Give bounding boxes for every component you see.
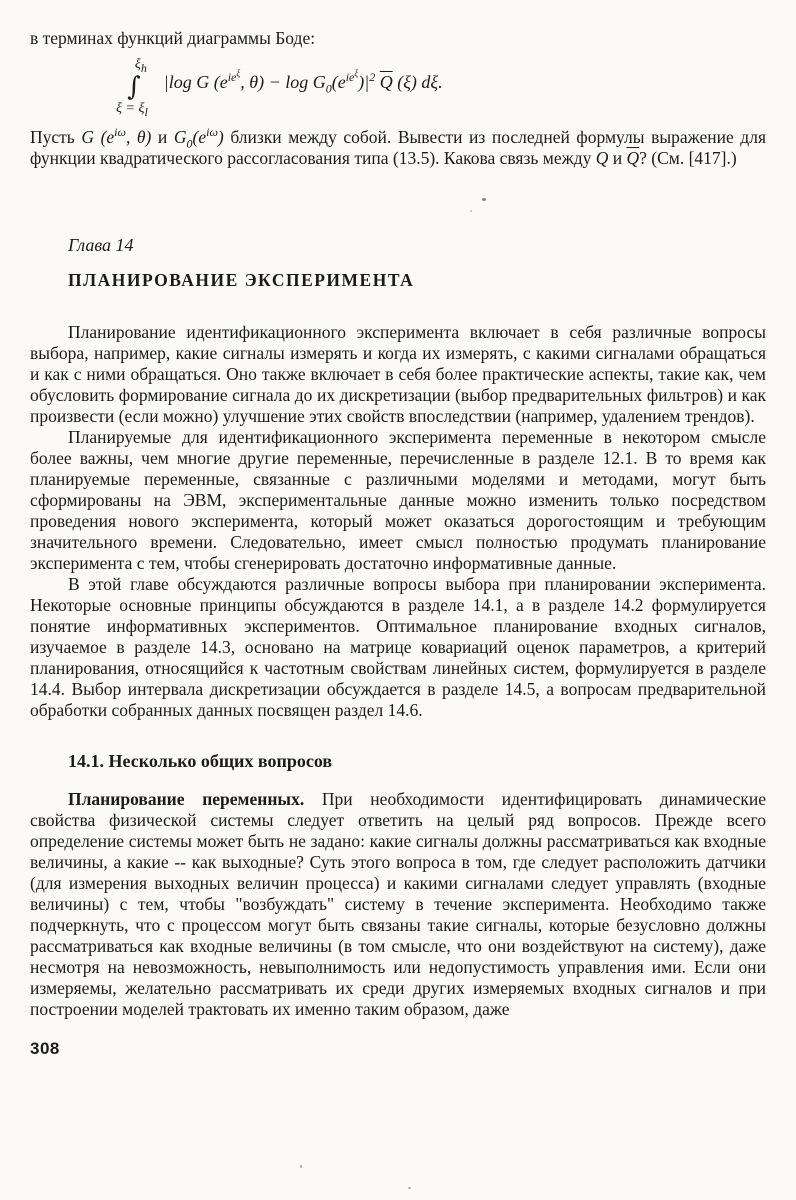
chapter-paragraph-1: Планирование идентификационного эксперим… <box>30 322 766 427</box>
exercise-paragraph: Пусть G (eiω, θ) и G0(eiω) близки между … <box>30 127 766 169</box>
integral-lower-limit: ξ = ξl <box>116 101 148 117</box>
chapter-label: Глава 14 <box>30 235 766 256</box>
q-bar-symbol: Q <box>626 148 639 168</box>
page-number: 308 <box>30 1038 766 1059</box>
section-title: 14.1. Несколько общих вопросов <box>30 751 766 772</box>
scan-speck <box>408 1187 411 1189</box>
scan-speck <box>470 210 472 212</box>
integral-upper-limit: ξh <box>135 57 147 73</box>
chapter-paragraph-2: Планируемые для идентификационного экспе… <box>30 427 766 574</box>
bode-integral-formula: ξh ∫ ξ = ξl |log G (eieξ, θ) − log G0(ei… <box>120 57 766 117</box>
formula-body: |log G (eieξ, θ) − log G0(eieξ)|2 Q (ξ) … <box>164 72 443 103</box>
section-paragraph-1: Планирование переменных. При необходимос… <box>30 789 766 1020</box>
scan-speck <box>482 198 486 201</box>
chapter-title: ПЛАНИРОВАНИЕ ЭКСПЕРИМЕНТА <box>30 270 766 291</box>
scan-speck <box>300 1165 302 1168</box>
paragraph-bold-lead: Планирование переменных. <box>68 789 304 809</box>
q-bar-symbol: Q <box>380 72 393 92</box>
integral-with-limits: ξh ∫ ξ = ξl <box>120 57 148 117</box>
intro-lead-text: в терминах функций диаграммы Боде: <box>30 28 766 49</box>
book-page: в терминах функций диаграммы Боде: ξh ∫ … <box>0 0 796 1200</box>
integral-sign: ∫ <box>127 74 141 100</box>
chapter-paragraph-3: В этой главе обсуждаются различные вопро… <box>30 574 766 721</box>
